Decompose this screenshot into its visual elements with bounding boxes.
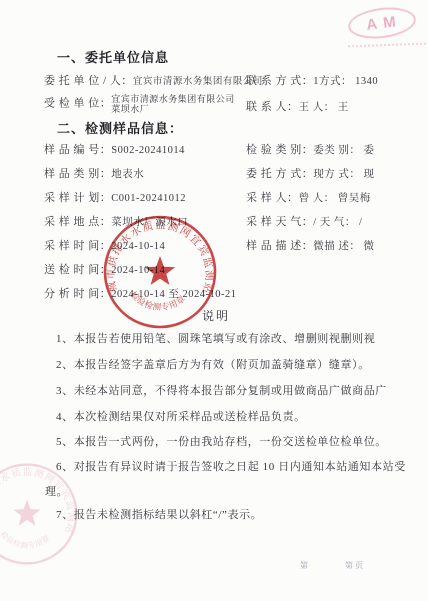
contact-person-label: 联 系 人： [246, 101, 299, 113]
faint-seal-svg: 城市供排水水质监测网宜宾监测站 检验检测专用章 [0, 461, 80, 567]
sampling-plan-value: C001-20241012 [111, 193, 186, 204]
faint-seal-bottom-text: 检验检测专用章 [0, 529, 51, 550]
section1-title: 一、委托单位信息 [57, 47, 169, 66]
field-contact-person: 联 系 人：王 人： 王 [246, 98, 349, 114]
note-4: 4、本次检测结果仅对所采样品或送检样品负责。 [56, 408, 306, 424]
seal-star-icon [145, 256, 175, 285]
sample-description-value: 微描 述： 微 [313, 241, 374, 252]
field-sampler: 采 样 人：曾 人： 曾吴梅 [246, 189, 371, 205]
note-7: 7、报告未检测指标结果以斜杠“/”表示。 [56, 506, 262, 522]
field-entrust-method: 委 托 方 式：现方 式： 现 [246, 165, 375, 181]
sampling-plan-label: 采 样 计 划： [44, 192, 111, 204]
entrust-unit-value: 宜宾市清源水务集团有限公司 [133, 77, 263, 87]
contact-person-value: 王 人： 王 [299, 102, 349, 113]
seal-bottom-text: 检验检测专用章 [128, 289, 187, 312]
contact-method-value: 1方式： 1340 [313, 76, 378, 87]
faint-oval-stamp: AM [348, 8, 426, 46]
footer-page-label-2: 第页 [345, 560, 365, 571]
test-category-value: 委类 别： 委 [313, 145, 374, 156]
field-sample-type: 样 品 类 别：地表水 [44, 165, 144, 181]
sample-no-label: 样 品 编 号： [44, 144, 111, 156]
faint-seal-star-icon [13, 500, 40, 526]
inspected-unit-value-line1: 宜宾市清源水务集团有限公司 [111, 94, 235, 104]
sampler-value: 曾 人： 曾吴梅 [299, 193, 371, 204]
inspected-unit-label: 受 检 单 位： [44, 98, 111, 110]
faint-corner-seal: 城市供排水水质监测网宜宾监测站 检验检测专用章 [0, 461, 80, 572]
contact-method-label: 联 系 方 式： [246, 75, 313, 87]
note-3: 3、未经本站同意，不得将本报告部分复制或用做商品广做商品广 [56, 382, 387, 398]
entrust-method-value: 现方 式： 现 [313, 169, 374, 180]
sampling-weather-label: 采 样 天 气： [246, 216, 313, 228]
sample-description-label: 样 品 描 述： [246, 240, 313, 252]
section2-title: 二、检测样品信息： [57, 118, 183, 137]
sampling-weather-value: / 天 气： / [313, 217, 362, 228]
note-5: 5、本报告一式两份，一份由我站存档，一份交送检单位检单位。 [56, 433, 387, 449]
field-entrust-unit: 委 托 单 位 / 人：宜宾市清源水务集团有限公司 [44, 72, 263, 88]
sampler-label: 采 样 人： [246, 192, 299, 204]
field-sample-description: 样 品 描 述：微描 述： 微 [246, 237, 375, 253]
field-inspected-unit: 受 检 单 位：宜宾市清源水务集团有限公司菜坝水厂 [44, 94, 235, 114]
sample-no-value: S002-20241014 [111, 145, 185, 156]
field-sampling-plan: 采 样 计 划：C001-20241012 [44, 189, 186, 205]
red-seal-stamp: 城市供排水水质监测网宜宾监测站 检验检测专用章 [101, 213, 219, 336]
sample-type-value: 地表水 [111, 169, 144, 180]
inspected-unit-value: 宜宾市清源水务集团有限公司菜坝水厂 [111, 94, 235, 114]
field-contact-method: 联 系 方 式：1方式： 1340 [246, 72, 378, 88]
red-seal-svg: 城市供排水水质监测网宜宾监测站 检验检测专用章 [101, 213, 219, 331]
sample-type-label: 样 品 类 别： [44, 168, 111, 180]
report-page: AM 一、委托单位信息 委 托 单 位 / 人：宜宾市清源水务集团有限公司 联 … [0, 0, 428, 601]
field-sampling-weather: 采 样 天 气：/ 天 气： / [246, 213, 362, 229]
inspected-unit-value-line2: 菜坝水厂 [111, 104, 149, 114]
field-test-category: 检 验 类 别：委类 别： 委 [246, 141, 375, 157]
note-2: 2、本报告经签字盖章后方为有效（附页加盖骑缝章）缝章）。 [56, 356, 370, 372]
note-6: 6、对报告有异议时请于报告签收之日起 10 日内通知本站通知本站受 [56, 458, 406, 474]
test-category-label: 检 验 类 别： [246, 144, 313, 156]
entrust-unit-label: 委 托 单 位 / 人： [44, 75, 133, 87]
faint-seal-ring-text: 城市供排水水质监测网宜宾监测站 [0, 466, 77, 536]
oval-stamp-serial-marks [348, 37, 426, 48]
entrust-method-label: 委 托 方 式： [246, 168, 313, 180]
footer-page-label: 第 [300, 560, 310, 571]
field-sample-no: 样 品 编 号：S002-20241014 [44, 141, 185, 157]
